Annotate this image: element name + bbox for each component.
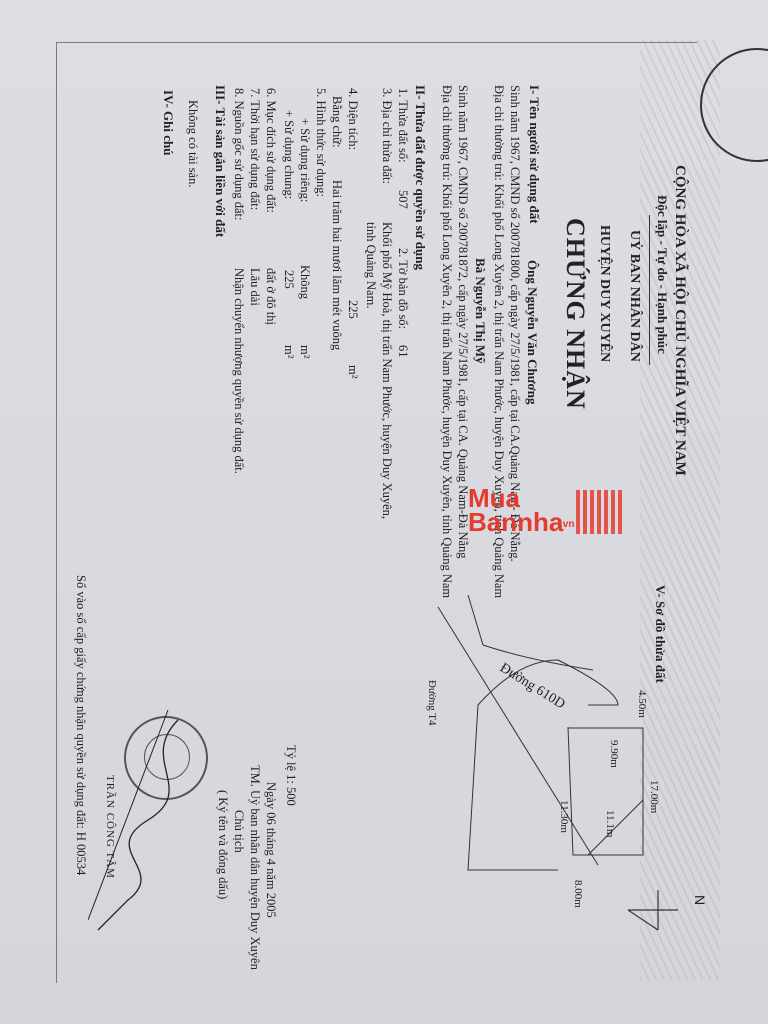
certificate-content: CỘNG HÒA XÃ HỘI CHỦ NGHĨA VIỆT NAM Độc l… bbox=[0, 0, 768, 1024]
road-t4-label: Đường T4 bbox=[426, 680, 438, 726]
issue-date: Ngày 06 tháng 4 năm 2005 bbox=[263, 782, 278, 918]
dim-bottom-label: 11.1m bbox=[604, 810, 616, 837]
signature-note: ( Ký tên và đóng dấu) bbox=[215, 790, 230, 899]
scale-label: Tỷ lệ 1: 500 bbox=[283, 745, 298, 806]
dim-left-label: 11.30m bbox=[558, 800, 570, 833]
issuing-authority: TM. Uỷ ban nhân dân huyện Duy Xuyên bbox=[247, 765, 262, 970]
north-label: N bbox=[692, 895, 708, 905]
dim-right-label: 17.00m bbox=[648, 780, 660, 813]
scanned-certificate: CỘNG HÒA XÃ HỘI CHỦ NGHĨA VIỆT NAM Độc l… bbox=[0, 0, 768, 1024]
dim-road-label: 8.00m bbox=[572, 880, 584, 908]
registry-number: Số vào sổ cấp giấy chứng nhận quyền sử d… bbox=[73, 575, 88, 875]
dim-top-label: 9.90m bbox=[608, 740, 620, 768]
dim-offset-label: 4.50m bbox=[636, 690, 648, 718]
signer-title: Chủ tịch bbox=[231, 810, 246, 853]
signer-name: TRẦN CÔNG TÂM bbox=[104, 775, 116, 879]
north-arrow-icon bbox=[618, 880, 688, 940]
